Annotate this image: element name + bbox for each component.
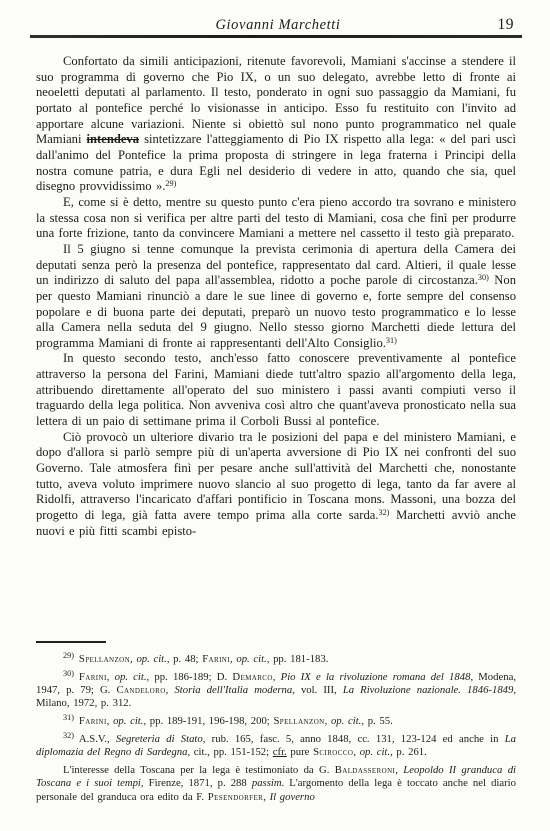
footnote-item: 31)Farini, op. cit., pp. 189-191, 196-19… xyxy=(36,715,516,728)
body-text: Confortato da simili anticipazioni, rite… xyxy=(36,54,516,539)
page-number: 19 xyxy=(498,16,515,34)
body-paragraph: Confortato da simili anticipazioni, rite… xyxy=(36,54,516,195)
footnotes: 29)Spellanzon, op. cit., p. 48; Farini, … xyxy=(36,653,516,808)
footnote-separator xyxy=(36,641,106,643)
body-paragraph: Il 5 giugno si tenne comunque la previst… xyxy=(36,242,516,352)
book-page: Giovanni Marchetti 19 Confortato da simi… xyxy=(0,0,550,831)
footnote-item: L'interesse della Toscana per la lega è … xyxy=(36,764,516,804)
footnote-marker: 30) xyxy=(63,669,74,678)
body-paragraph: E, come si è detto, mentre su questo pun… xyxy=(36,195,516,242)
footnote-item: 29)Spellanzon, op. cit., p. 48; Farini, … xyxy=(36,653,516,666)
header-rule xyxy=(30,35,522,38)
body-paragraph: Ciò provocò un ulteriore divario tra le … xyxy=(36,430,516,540)
footnote-marker: 31) xyxy=(63,713,74,722)
footnote-marker: 29) xyxy=(63,651,74,660)
footnote-marker: 32) xyxy=(63,731,74,740)
running-title: Giovanni Marchetti xyxy=(36,17,520,34)
footnote-item: 30)Farini, op. cit., pp. 186-189; D. Dem… xyxy=(36,671,516,711)
running-head: Giovanni Marchetti 19 xyxy=(36,17,520,35)
body-paragraph: In questo secondo testo, anch'esso fatto… xyxy=(36,351,516,429)
footnote-item: 32)A.S.V., Segreteria di Stato, rub. 165… xyxy=(36,733,516,760)
